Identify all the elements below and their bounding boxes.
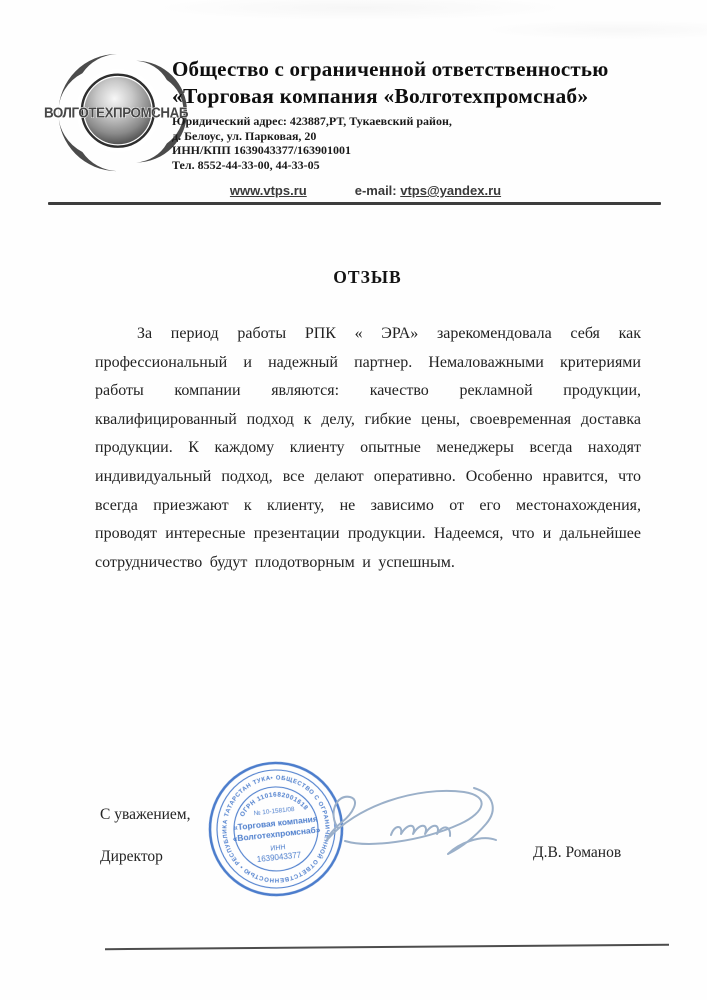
scanned-letter-page: ВОЛГОТЕХПРОМСНАБ Общество с ограниченной… <box>0 0 707 1000</box>
company-logo: ВОЛГОТЕХПРОМСНАБ <box>44 50 188 180</box>
stamp-number: № 10-1581/08 <box>253 806 295 817</box>
stamp-inn-value: 1639043377 <box>256 850 302 864</box>
phone-line: Тел. 8552-44-33-00, 44-33-05 <box>172 158 677 173</box>
letterhead-divider <box>48 202 661 205</box>
email-label: e-mail: <box>355 183 397 198</box>
address-line-1: Юридический адрес: 423887,РТ, Тукаевский… <box>172 114 677 129</box>
contact-links-row: www.vtps.ru e-mail: vtps@yandex.ru <box>12 183 707 198</box>
website-text: www.vtps.ru <box>230 183 307 198</box>
signature-big-loop <box>327 791 482 844</box>
signature-s-flourish <box>448 788 496 854</box>
handwritten-signature <box>298 772 510 870</box>
logo-wordmark: ВОЛГОТЕХПРОМСНАБ <box>44 105 188 121</box>
email-line: e-mail: vtps@yandex.ru <box>355 183 501 198</box>
signer-name: Д.В. Романов <box>533 844 621 862</box>
footer-divider <box>105 944 669 950</box>
inn-kpp-line: ИНН/КПП 1639043377/163901001 <box>172 143 677 158</box>
email-text: vtps@yandex.ru <box>400 183 501 198</box>
org-type: Общество с ограниченной ответственностью <box>172 56 677 82</box>
org-name: «Торговая компания «Волготехпромснаб» <box>172 82 677 111</box>
document-title: ОТЗЫВ <box>95 267 640 288</box>
regards-text: С уважением, <box>100 806 191 824</box>
letterhead: Общество с ограниченной ответственностью… <box>172 56 677 172</box>
document-body-paragraph: За период работы РПК « ЭРА» зарекомендов… <box>95 320 641 577</box>
signer-position: Директор <box>100 848 163 866</box>
address-block: Юридический адрес: 423887,РТ, Тукаевский… <box>172 114 677 172</box>
logo-graphic: ВОЛГОТЕХПРОМСНАБ <box>44 50 188 180</box>
address-line-2: д. Белоус, ул. Парковая, 20 <box>172 129 677 144</box>
